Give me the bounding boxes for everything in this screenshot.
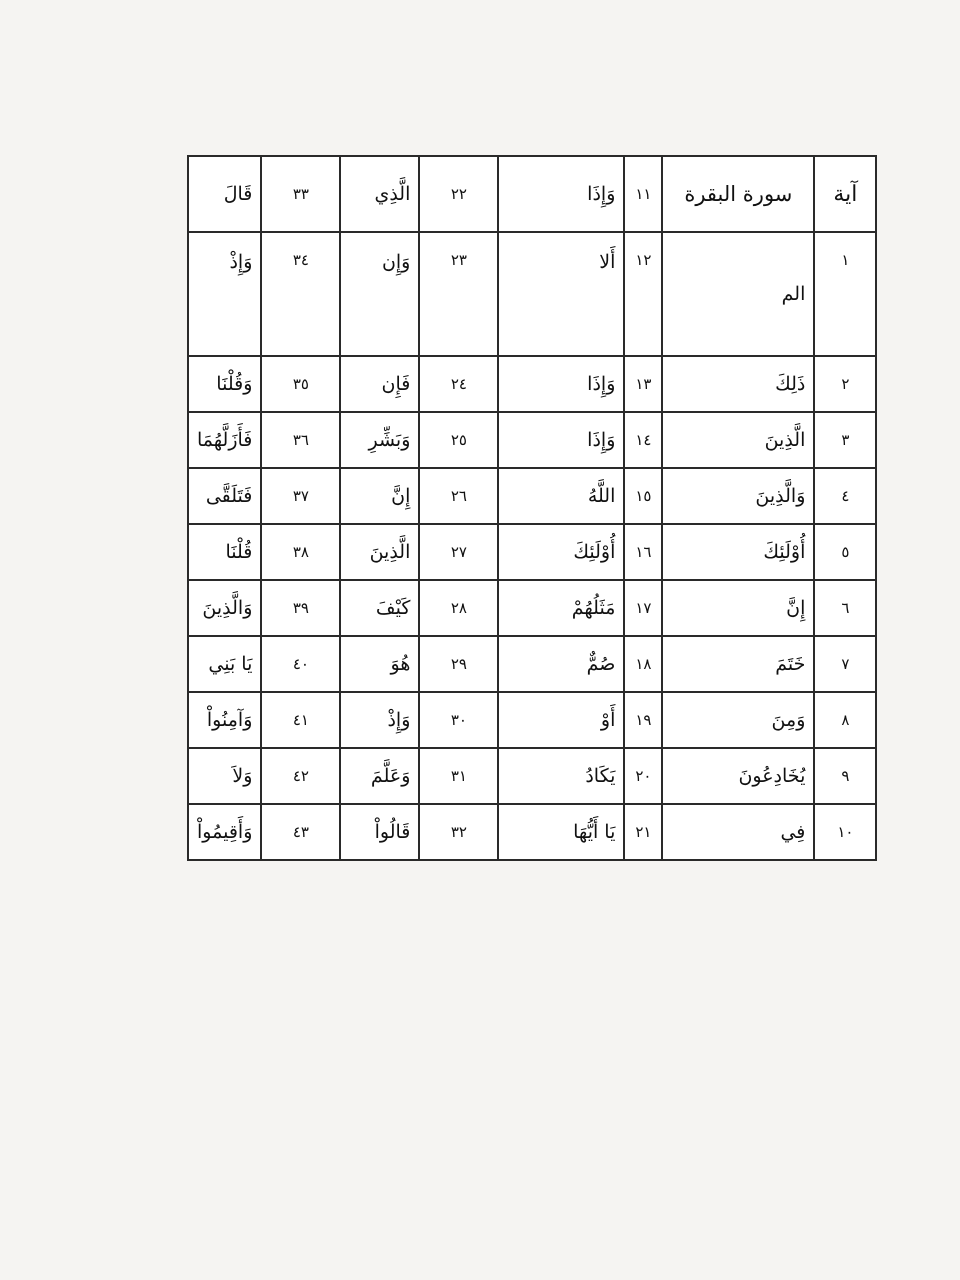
ayah-number: ٣٧ (261, 468, 340, 524)
ayah-word: فَتَلَقَّى (188, 468, 261, 524)
ayah-word: قَالَ (188, 156, 261, 232)
ayah-word: يَا أَيُّهَا (498, 804, 624, 860)
ayah-number: ٣٢ (419, 804, 498, 860)
ayah-word: إِنَّ (662, 580, 814, 636)
ayah-word: كَيْفَ (340, 580, 419, 636)
ayah-number: ٢٣ (419, 232, 498, 356)
table-row: ٩ يُخَادِعُونَ ٢٠ يَكَادُ ٣١ وَعَلَّمَ ٤… (188, 748, 876, 804)
table-row: ٥ أُوْلَئِكَ ١٦ أُوْلَئِكَ ٢٧ الَّذِينَ … (188, 524, 876, 580)
ayah-word: أُوْلَئِكَ (498, 524, 624, 580)
ayah-number: ١٢ (624, 232, 662, 356)
ayah-number: ٢٢ (419, 156, 498, 232)
ayah-word: مَثَلُهُمْ (498, 580, 624, 636)
ayah-word: وَعَلَّمَ (340, 748, 419, 804)
ayah-number: ٩ (814, 748, 876, 804)
table-row: ٤ وَالَّذِينَ ١٥ اللَّهُ ٢٦ إِنَّ ٣٧ فَت… (188, 468, 876, 524)
ayah-word: الم (662, 232, 814, 356)
ayah-number: ٣٩ (261, 580, 340, 636)
ayah-word: وَأَقِيمُواْ (188, 804, 261, 860)
ayah-word: فِي (662, 804, 814, 860)
ayah-number: ٣٤ (261, 232, 340, 356)
ayah-number: ٤٠ (261, 636, 340, 692)
ayah-number: ٣١ (419, 748, 498, 804)
ayah-number: ١١ (624, 156, 662, 232)
ayah-word: وَإِذَا (498, 356, 624, 412)
ayah-number: ٢٥ (419, 412, 498, 468)
ayah-word: وَبَشِّرِ (340, 412, 419, 468)
ayah-word: يُخَادِعُونَ (662, 748, 814, 804)
ayah-number: ٢٠ (624, 748, 662, 804)
ayah-number: ١ (814, 232, 876, 356)
ayah-word: فَأَزَلَّهُمَا (188, 412, 261, 468)
ayah-word: وَمِنَ (662, 692, 814, 748)
ayah-number: ١٤ (624, 412, 662, 468)
ayah-number: ٣٨ (261, 524, 340, 580)
ayah-word: وَإِذْ (188, 232, 261, 356)
ayah-number: ٢٨ (419, 580, 498, 636)
ayah-word: الَّذِينَ (340, 524, 419, 580)
ayah-number: ٤ (814, 468, 876, 524)
ayah-word: أُوْلَئِكَ (662, 524, 814, 580)
ayah-word: فَإِن (340, 356, 419, 412)
ayah-number: ٢ (814, 356, 876, 412)
ayah-word: أَلا (498, 232, 624, 356)
ayah-word: قَالُواْ (340, 804, 419, 860)
table-row: ٢ ذَلِكَ ١٣ وَإِذَا ٢٤ فَإِن ٣٥ وَقُلْنَ… (188, 356, 876, 412)
ayah-word: وَالَّذِينَ (188, 580, 261, 636)
ayah-number: ٣٣ (261, 156, 340, 232)
ayah-number: ٥ (814, 524, 876, 580)
page: آية سورة البقرة ١١ وَإِذَا ٢٢ الَّذِي ٣٣… (0, 0, 960, 1280)
ayah-word: اللَّهُ (498, 468, 624, 524)
table-row: ٧ خَتَمَ ١٨ صُمٌّ ٢٩ هُوَ ٤٠ يَا بَنِي (188, 636, 876, 692)
table-row: ٨ وَمِنَ ١٩ أَوْ ٣٠ وَإِذْ ٤١ وَآمِنُواْ (188, 692, 876, 748)
ayah-word: وَإِذَا (498, 412, 624, 468)
ayah-word: خَتَمَ (662, 636, 814, 692)
ayah-column-header: آية (814, 156, 876, 232)
ayah-word: وَلاَ (188, 748, 261, 804)
ayah-number: ١٨ (624, 636, 662, 692)
ayah-word: الَّذِينَ (662, 412, 814, 468)
ayah-number: ١٦ (624, 524, 662, 580)
ayah-word: صُمٌّ (498, 636, 624, 692)
ayah-number: ١٥ (624, 468, 662, 524)
ayah-word: ذَلِكَ (662, 356, 814, 412)
ayah-word: وَإِن (340, 232, 419, 356)
ayah-number: ١٠ (814, 804, 876, 860)
ayah-number: ٣٦ (261, 412, 340, 468)
table-row: ١ الم ١٢ أَلا ٢٣ وَإِن ٣٤ وَإِذْ (188, 232, 876, 356)
ayah-word: إِنَّ (340, 468, 419, 524)
ayah-number: ٢٧ (419, 524, 498, 580)
ayah-number: ٦ (814, 580, 876, 636)
ayah-word: يَكَادُ (498, 748, 624, 804)
ayah-number: ١٣ (624, 356, 662, 412)
table-row: ٣ الَّذِينَ ١٤ وَإِذَا ٢٥ وَبَشِّرِ ٣٦ ف… (188, 412, 876, 468)
ayah-word: وَإِذْ (340, 692, 419, 748)
ayah-word: يَا بَنِي (188, 636, 261, 692)
ayah-number: ٤١ (261, 692, 340, 748)
ayah-number: ١٧ (624, 580, 662, 636)
ayah-number: ٨ (814, 692, 876, 748)
ayah-number: ٧ (814, 636, 876, 692)
ayah-number: ٢١ (624, 804, 662, 860)
header-row: آية سورة البقرة ١١ وَإِذَا ٢٢ الَّذِي ٣٣… (188, 156, 876, 232)
ayah-number: ٢٩ (419, 636, 498, 692)
ayah-word-table: آية سورة البقرة ١١ وَإِذَا ٢٢ الَّذِي ٣٣… (187, 155, 877, 861)
surah-title: سورة البقرة (662, 156, 814, 232)
ayah-word: أَوْ (498, 692, 624, 748)
ayah-word: وَآمِنُواْ (188, 692, 261, 748)
ayah-word: وَإِذَا (498, 156, 624, 232)
table-row: ٦ إِنَّ ١٧ مَثَلُهُمْ ٢٨ كَيْفَ ٣٩ وَالَ… (188, 580, 876, 636)
ayah-number: ٣ (814, 412, 876, 468)
ayah-number: ٣٥ (261, 356, 340, 412)
ayah-number: ٣٠ (419, 692, 498, 748)
ayah-number: ٤٢ (261, 748, 340, 804)
ayah-number: ١٩ (624, 692, 662, 748)
ayah-word: وَقُلْنَا (188, 356, 261, 412)
ayah-word: قُلْنَا (188, 524, 261, 580)
ayah-number: ٢٤ (419, 356, 498, 412)
ayah-word: الَّذِي (340, 156, 419, 232)
ayah-word: هُوَ (340, 636, 419, 692)
ayah-number: ٤٣ (261, 804, 340, 860)
table-row: ١٠ فِي ٢١ يَا أَيُّهَا ٣٢ قَالُواْ ٤٣ وَ… (188, 804, 876, 860)
ayah-word: وَالَّذِينَ (662, 468, 814, 524)
ayah-number: ٢٦ (419, 468, 498, 524)
